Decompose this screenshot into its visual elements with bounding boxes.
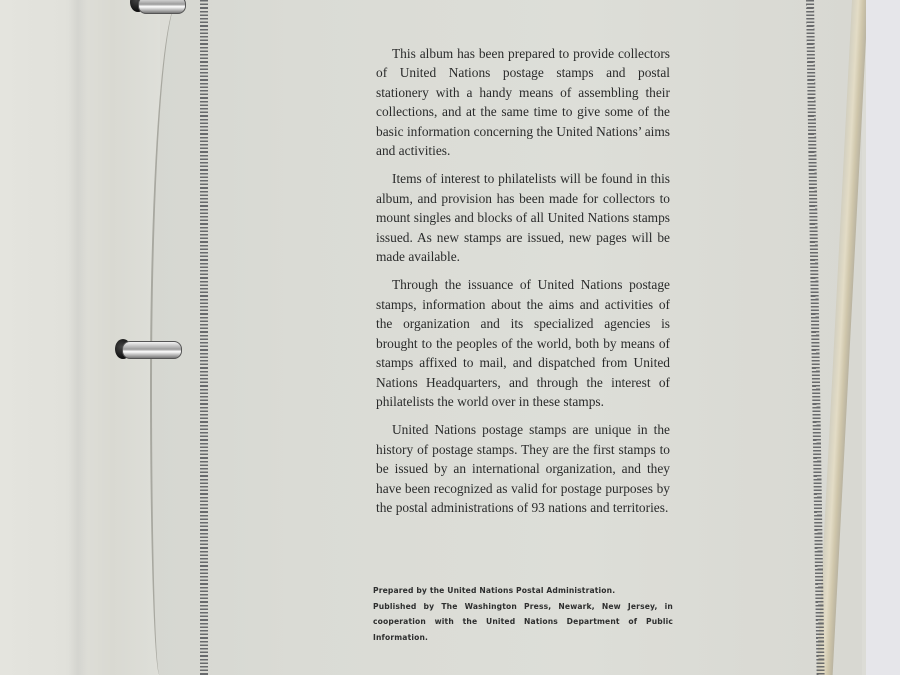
paragraph-issuance: Through the issuance of United Nations p…: [376, 275, 670, 411]
page-shadow: [68, 0, 88, 675]
paragraph-items-of-interest: Items of interest to philatelists will b…: [376, 169, 670, 266]
binder-ring-icon: [122, 341, 182, 359]
binder-ring-icon: [138, 0, 186, 14]
left-page: [0, 0, 160, 675]
prepared-by: Prepared by the United Nations Postal Ad…: [373, 583, 673, 599]
paragraph-purpose: This album has been prepared to provide …: [376, 44, 670, 160]
intro-text: This album has been prepared to provide …: [376, 44, 670, 526]
paragraph-uniqueness: United Nations postage stamps are unique…: [376, 420, 670, 517]
credits: Prepared by the United Nations Postal Ad…: [373, 583, 673, 645]
published-by: Published by The Washington Press, Newar…: [373, 599, 673, 646]
decorative-border-left: [200, 0, 208, 675]
background-surface: [866, 0, 900, 675]
